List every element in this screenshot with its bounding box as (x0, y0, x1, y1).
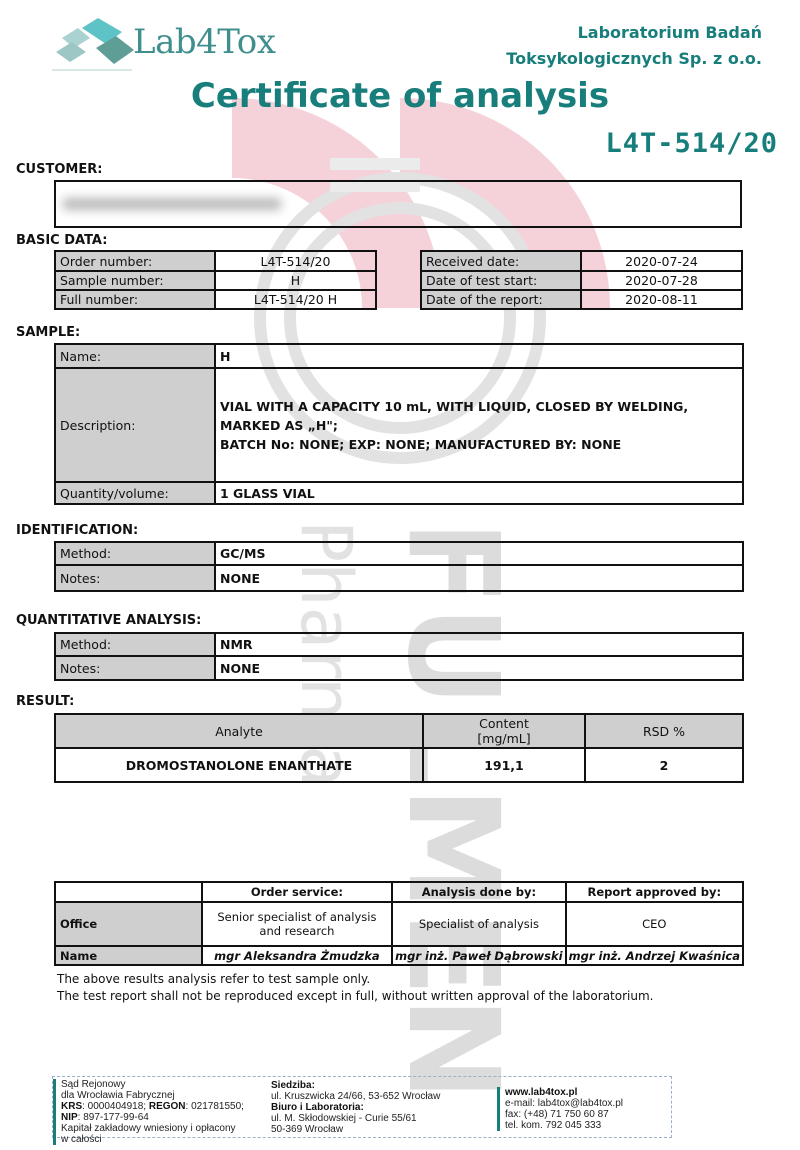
identification-notes-value: NONE (215, 565, 743, 591)
table-row: Description: VIAL WITH A CAPACITY 10 mL,… (55, 368, 743, 482)
customer-redacted (62, 198, 282, 210)
content-header-line-1: Content (428, 716, 580, 731)
footer-tel: tel. kom. 792 045 333 (505, 1120, 670, 1131)
sample-name-value: H (215, 344, 743, 368)
quantity-value: 1 GLASS VIAL (215, 482, 743, 504)
basic-data-left-table: Order number: L4T-514/20 Sample number: … (54, 250, 377, 310)
sample-title: SAMPLE: (16, 325, 80, 340)
signatures-header-row: Order service: Analysis done by: Report … (55, 882, 743, 902)
footer-lab-address-2: 50-369 Wrocław (271, 1124, 491, 1135)
result-title: RESULT: (16, 694, 74, 709)
company-name: Laboratorium Badań Toksykologicznych Sp.… (506, 20, 762, 72)
full-number-value: L4T-514/20 H (215, 290, 376, 309)
identification-table: Method: GC/MS Notes: NONE (54, 541, 744, 592)
description-line-1: VIAL WITH A CAPACITY 10 mL, WITH LIQUID,… (220, 397, 738, 435)
content-value: 191,1 (423, 748, 585, 782)
analysis-done-header: Analysis done by: (392, 882, 565, 902)
footer-contact: www.lab4tox.pl e-mail: lab4tox@lab4tox.p… (497, 1087, 670, 1131)
table-row: Order number: L4T-514/20 (55, 251, 376, 271)
table-row: Sample number: H (55, 271, 376, 290)
footer-email[interactable]: e-mail: lab4tox@lab4tox.pl (505, 1098, 670, 1109)
table-row: Method: GC/MS (55, 542, 743, 565)
footer-seat-address: ul. Kruszwicka 24/66, 53-652 Wrocław (271, 1091, 491, 1102)
analyte-header: Analyte (55, 714, 423, 748)
identification-notes-label: Notes: (55, 565, 215, 591)
sample-table: Name: H Description: VIAL WITH A CAPACIT… (54, 343, 744, 505)
customer-title: CUSTOMER: (16, 162, 102, 177)
table-row: Name: H (55, 344, 743, 368)
report-date-value: 2020-08-11 (581, 290, 742, 309)
description-value: VIAL WITH A CAPACITY 10 mL, WITH LIQUID,… (215, 368, 743, 482)
basic-data-right-table: Received date: 2020-07-24 Date of test s… (420, 250, 743, 310)
table-row: Notes: NONE (55, 565, 743, 591)
footer-capital: Kapitał zakładowy wniesiony i opłacony (61, 1123, 266, 1134)
description-line-2: BATCH No: NONE; EXP: NONE; MANUFACTURED … (220, 435, 738, 454)
footer-capital-2: w całości (61, 1134, 266, 1145)
sample-name-label: Name: (55, 344, 215, 368)
footer-website-link[interactable]: www.lab4tox.pl (505, 1087, 577, 1098)
order-number-label: Order number: (55, 251, 215, 271)
table-row: Method: NMR (55, 633, 743, 656)
footer: Sąd Rejonowy dla Wrocławia Fabrycznej KR… (52, 1076, 672, 1138)
received-date-value: 2020-07-24 (581, 251, 742, 271)
footer-court-district: dla Wrocławia Fabrycznej (61, 1090, 266, 1101)
table-row: Office Senior specialist of analysis and… (55, 902, 743, 946)
test-start-value: 2020-07-28 (581, 271, 742, 290)
quantitative-notes-label: Notes: (55, 656, 215, 680)
note-1: The above results analysis refer to test… (57, 972, 370, 986)
table-row: Notes: NONE (55, 656, 743, 680)
signatures-table: Order service: Analysis done by: Report … (54, 881, 744, 966)
footer-seat-label: Siedziba: (271, 1080, 315, 1091)
note-2: The test report shall not be reproduced … (57, 989, 653, 1003)
name-report-approved: mgr inż. Andrzej Kwaśnica (566, 946, 743, 965)
footer-registry: Sąd Rejonowy dla Wrocławia Fabrycznej KR… (53, 1079, 266, 1145)
result-header-row: Analyte Content [mg/mL] RSD % (55, 714, 743, 748)
description-label: Description: (55, 368, 215, 482)
full-number-label: Full number: (55, 290, 215, 309)
empty-cell (55, 882, 202, 902)
quantitative-method-label: Method: (55, 633, 215, 656)
footer-address: Siedziba: ul. Kruszwicka 24/66, 53-652 W… (267, 1080, 491, 1135)
table-row: Date of test start: 2020-07-28 (421, 271, 742, 290)
sample-number-label: Sample number: (55, 271, 215, 290)
content-header-line-2: [mg/mL] (428, 731, 580, 746)
name-label: Name (55, 946, 202, 965)
office-order-service: Senior specialist of analysis and resear… (202, 902, 392, 946)
quantitative-method-value: NMR (215, 633, 743, 656)
table-row: Full number: L4T-514/20 H (55, 290, 376, 309)
footer-lab-label: Biuro i Laboratoria: (271, 1102, 364, 1113)
basic-data-title: BASIC DATA: (16, 233, 107, 248)
order-service-header: Order service: (202, 882, 392, 902)
report-date-label: Date of the report: (421, 290, 581, 309)
footer-court: Sąd Rejonowy (61, 1079, 266, 1090)
order-number-value: L4T-514/20 (215, 251, 376, 271)
customer-box (54, 180, 742, 228)
identification-method-label: Method: (55, 542, 215, 565)
table-row: Date of the report: 2020-08-11 (421, 290, 742, 309)
table-row: Name mgr Aleksandra Żmudzka mgr inż. Paw… (55, 946, 743, 965)
office-label: Office (55, 902, 202, 946)
sample-number-value: H (215, 271, 376, 290)
quantitative-title: QUANTITATIVE ANALYSIS: (16, 613, 201, 628)
footer-krs-regon: KRS: 0000404918; REGON: 021781550; (61, 1101, 266, 1112)
office-analysis-done: Specialist of analysis (392, 902, 565, 946)
name-order-service: mgr Aleksandra Żmudzka (202, 946, 392, 965)
received-date-label: Received date: (421, 251, 581, 271)
certificate-number: L4T-514/20 (605, 128, 778, 159)
table-row: Received date: 2020-07-24 (421, 251, 742, 271)
table-row: Quantity/volume: 1 GLASS VIAL (55, 482, 743, 504)
rsd-value: 2 (585, 748, 743, 782)
logo-text: Lab4Tox (133, 22, 275, 62)
company-line-2: Toksykologicznych Sp. z o.o. (506, 46, 762, 72)
report-approved-header: Report approved by: (566, 882, 743, 902)
office-report-approved: CEO (566, 902, 743, 946)
test-start-label: Date of test start: (421, 271, 581, 290)
identification-method-value: GC/MS (215, 542, 743, 565)
quantitative-table: Method: NMR Notes: NONE (54, 632, 744, 681)
company-line-1: Laboratorium Badań (506, 20, 762, 46)
content-header: Content [mg/mL] (423, 714, 585, 748)
identification-title: IDENTIFICATION: (16, 523, 138, 538)
quantity-label: Quantity/volume: (55, 482, 215, 504)
footer-lab-address-1: ul. M. Skłodowskiej - Curie 55/61 (271, 1113, 491, 1124)
name-analysis-done: mgr inż. Paweł Dąbrowski (392, 946, 565, 965)
rsd-header: RSD % (585, 714, 743, 748)
footer-nip: NIP: 897-177-99-64 (61, 1112, 266, 1123)
table-row: DROMOSTANOLONE ENANTHATE 191,1 2 (55, 748, 743, 782)
footer-fax: fax: (+48) 71 750 60 87 (505, 1109, 670, 1120)
quantitative-notes-value: NONE (215, 656, 743, 680)
analyte-value: DROMOSTANOLONE ENANTHATE (55, 748, 423, 782)
page-title: Certificate of analysis (0, 76, 800, 116)
result-table: Analyte Content [mg/mL] RSD % DROMOSTANO… (54, 713, 744, 783)
